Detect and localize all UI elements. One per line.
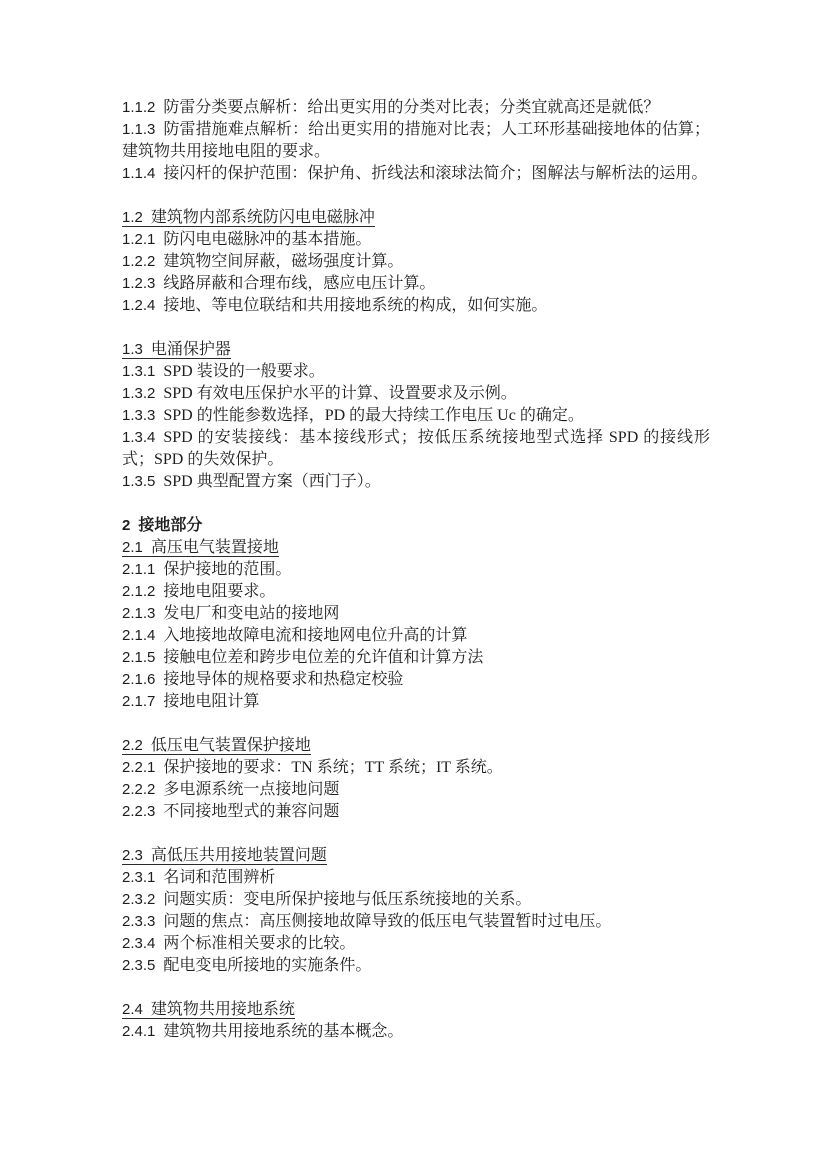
outline-item: 1.1.4接闪杆的保护范围：保护角、折线法和滚球法简介；图解法与解析法的运用。 [122,163,710,185]
item-number: 1.3.3 [122,407,163,424]
line-content: 2.3.5配电变电所接地的实施条件。 [122,957,371,974]
item-text: SPD 典型配置方案（西门子）。 [163,473,380,490]
item-number: 1.1.4 [122,165,163,182]
item-text: 防雷措施难点解析：给出更实用的措施对比表；人工环形基础接地体的估算；建筑物共用接… [122,121,710,160]
item-number: 2.1.4 [122,627,163,644]
outline-item: 1.3.3SPD 的性能参数选择，PD 的最大持续工作电压 Uc 的确定。 [122,405,710,427]
item-number: 1.2.1 [122,231,163,248]
item-text: 高压电气装置接地 [151,539,279,556]
item-text: 建筑物共用接地系统的基本概念。 [163,1023,403,1040]
line-content: 1.2.2建筑物空间屏蔽，磁场强度计算。 [122,253,403,270]
outline-item: 1.2.4接地、等电位联结和共用接地系统的构成，如何实施。 [122,295,710,317]
item-text: 低压电气装置保护接地 [151,737,311,754]
line-content: 1.3.3SPD 的性能参数选择，PD 的最大持续工作电压 Uc 的确定。 [122,407,584,424]
line-content: 2.1.2接地电阻要求。 [122,583,275,600]
line-content: 1.2.4接地、等电位联结和共用接地系统的构成，如何实施。 [122,297,547,314]
outline-item: 1.2.1防闪电电磁脉冲的基本措施。 [122,229,710,251]
item-text: SPD 的性能参数选择，PD 的最大持续工作电压 Uc 的确定。 [163,407,583,424]
section-heading: 2.3高低压共用接地装置问题 [122,845,710,867]
item-text: 接地、等电位联结和共用接地系统的构成，如何实施。 [163,297,547,314]
outline-item: 1.3.2SPD 有效电压保护水平的计算、设置要求及示例。 [122,383,710,405]
item-text: 保护接地的范围。 [163,561,291,578]
item-number: 1.3.5 [122,473,163,490]
outline-item: 2.1.7接地电阻计算 [122,691,710,713]
paragraph-spacer [122,977,710,999]
section-heading: 1.3电涌保护器 [122,339,710,361]
item-number: 2.2 [122,737,151,754]
item-text: 问题实质：变电所保护接地与低压系统接地的关系。 [163,891,531,908]
underlined-heading-text: 2.2低压电气装置保护接地 [122,737,311,755]
document-page: 1.1.2防雷分类要点解析：给出更实用的分类对比表；分类宜就高还是就低？1.1.… [0,0,827,1170]
outline-item: 2.1.1保护接地的范围。 [122,559,710,581]
line-content: 1.1.4接闪杆的保护范围：保护角、折线法和滚球法简介；图解法与解析法的运用。 [122,165,707,182]
item-number: 1.3.2 [122,385,163,402]
item-text: SPD 装设的一般要求。 [163,363,324,380]
item-text: 保护接地的要求：TN 系统；TT 系统；IT 系统。 [163,759,502,776]
paragraph-spacer [122,317,710,339]
section-heading: 1.2建筑物内部系统防闪电电磁脉冲 [122,207,710,229]
line-content: 2.3.1名词和范围辨析 [122,869,275,886]
item-text: 接触电位差和跨步电位差的允许值和计算方法 [163,649,483,666]
item-number: 2.1.6 [122,671,163,688]
outline-item: 2.3.2问题实质：变电所保护接地与低压系统接地的关系。 [122,889,710,911]
item-number: 2.3 [122,847,151,864]
outline-item: 1.1.2防雷分类要点解析：给出更实用的分类对比表；分类宜就高还是就低？ [122,97,710,119]
item-text: 入地接地故障电流和接地网电位升高的计算 [163,627,467,644]
paragraph-spacer [122,185,710,207]
line-content: 2.3.4两个标准相关要求的比较。 [122,935,355,952]
item-text: 问题的焦点：高压侧接地故障导致的低压电气装置暂时过电压。 [163,913,611,930]
outline-item: 2.2.2多电源系统一点接地问题 [122,779,710,801]
outline-item: 2.1.4入地接地故障电流和接地网电位升高的计算 [122,625,710,647]
outline-item: 2.3.1名词和范围辨析 [122,867,710,889]
line-content: 2.3.2问题实质：变电所保护接地与低压系统接地的关系。 [122,891,531,908]
item-number: 2.1.3 [122,605,163,622]
item-text: 高低压共用接地装置问题 [151,847,327,864]
item-text: SPD 的安装接线：基本接线形式；按低压系统接地型式选择 SPD 的接线形式；S… [122,429,710,468]
paragraph-spacer [122,823,710,845]
line-content: 2接地部分 [122,517,202,534]
outline-item: 2.1.6接地导体的规格要求和热稳定校验 [122,669,710,691]
section-heading: 2.4建筑物共用接地系统 [122,999,710,1021]
item-number: 1.2.2 [122,253,163,270]
outline-item: 2.1.5接触电位差和跨步电位差的允许值和计算方法 [122,647,710,669]
line-content: 2.3.3问题的焦点：高压侧接地故障导致的低压电气装置暂时过电压。 [122,913,611,930]
paragraph-spacer [122,713,710,735]
item-text: 接闪杆的保护范围：保护角、折线法和滚球法简介；图解法与解析法的运用。 [163,165,707,182]
item-number: 2.2.3 [122,803,163,820]
underlined-heading-text: 2.1高压电气装置接地 [122,539,279,557]
chapter-heading: 2接地部分 [122,515,710,537]
item-text: 接地电阻计算 [163,693,259,710]
line-content: 2.2.2多电源系统一点接地问题 [122,781,339,798]
outline-item: 1.3.4SPD 的安装接线：基本接线形式；按低压系统接地型式选择 SPD 的接… [122,427,710,471]
item-number: 1.1.2 [122,99,163,116]
section-heading: 2.2低压电气装置保护接地 [122,735,710,757]
item-number: 1.1.3 [122,121,163,138]
outline-item: 2.3.4两个标准相关要求的比较。 [122,933,710,955]
paragraph-spacer [122,493,710,515]
item-text: 接地部分 [138,517,202,534]
outline-item: 1.2.3线路屏蔽和合理布线，感应电压计算。 [122,273,710,295]
item-number: 1.2.3 [122,275,163,292]
item-number: 2 [122,517,138,534]
item-number: 2.1.5 [122,649,163,666]
outline-item: 2.3.5配电变电所接地的实施条件。 [122,955,710,977]
item-text: 不同接地型式的兼容问题 [163,803,339,820]
item-number: 1.2.4 [122,297,163,314]
item-text: 建筑物空间屏蔽，磁场强度计算。 [163,253,403,270]
item-number: 2.3.2 [122,891,163,908]
line-content: 2.4.1建筑物共用接地系统的基本概念。 [122,1023,403,1040]
outline-item: 2.1.2接地电阻要求。 [122,581,710,603]
item-text: 建筑物共用接地系统 [151,1001,295,1018]
line-content: 2.1.3发电厂和变电站的接地网 [122,605,339,622]
item-text: 防闪电电磁脉冲的基本措施。 [163,231,371,248]
item-text: 多电源系统一点接地问题 [163,781,339,798]
outline-item: 1.3.5SPD 典型配置方案（西门子）。 [122,471,710,493]
item-text: 发电厂和变电站的接地网 [163,605,339,622]
item-number: 2.3.4 [122,935,163,952]
item-number: 2.2.1 [122,759,163,776]
item-text: SPD 有效电压保护水平的计算、设置要求及示例。 [163,385,516,402]
section-heading: 2.1高压电气装置接地 [122,537,710,559]
line-content: 2.1.7接地电阻计算 [122,693,259,710]
item-text: 防雷分类要点解析：给出更实用的分类对比表；分类宜就高还是就低？ [163,99,659,116]
item-text: 建筑物内部系统防闪电电磁脉冲 [151,209,375,226]
line-content: 1.2.3线路屏蔽和合理布线，感应电压计算。 [122,275,435,292]
item-text: 两个标准相关要求的比较。 [163,935,355,952]
line-content: 2.2.1保护接地的要求：TN 系统；TT 系统；IT 系统。 [122,759,503,776]
item-number: 2.4.1 [122,1023,163,1040]
item-number: 2.1.1 [122,561,163,578]
item-number: 2.3.1 [122,869,163,886]
outline-item: 2.1.3发电厂和变电站的接地网 [122,603,710,625]
line-content: 2.1.6接地导体的规格要求和热稳定校验 [122,671,403,688]
line-content: 2.1.4入地接地故障电流和接地网电位升高的计算 [122,627,467,644]
item-number: 1.3 [122,341,151,358]
item-number: 1.3.1 [122,363,163,380]
item-number: 2.3.5 [122,957,163,974]
item-number: 2.4 [122,1001,151,1018]
item-text: 名词和范围辨析 [163,869,275,886]
outline-item: 1.2.2建筑物空间屏蔽，磁场强度计算。 [122,251,710,273]
item-number: 1.2 [122,209,151,226]
outline-item: 2.3.3问题的焦点：高压侧接地故障导致的低压电气装置暂时过电压。 [122,911,710,933]
line-content: 1.3.4SPD 的安装接线：基本接线形式；按低压系统接地型式选择 SPD 的接… [122,429,710,468]
line-content: 2.2.3不同接地型式的兼容问题 [122,803,339,820]
line-content: 1.3.5SPD 典型配置方案（西门子）。 [122,473,381,490]
underlined-heading-text: 2.4建筑物共用接地系统 [122,1001,295,1019]
item-number: 2.3.3 [122,913,163,930]
document-body: 1.1.2防雷分类要点解析：给出更实用的分类对比表；分类宜就高还是就低？1.1.… [122,97,710,1043]
outline-item: 1.1.3防雷措施难点解析：给出更实用的措施对比表；人工环形基础接地体的估算；建… [122,119,710,163]
outline-item: 1.3.1SPD 装设的一般要求。 [122,361,710,383]
item-number: 2.2.2 [122,781,163,798]
line-content: 1.3.1SPD 装设的一般要求。 [122,363,325,380]
underlined-heading-text: 1.3电涌保护器 [122,341,231,359]
line-content: 2.1.1保护接地的范围。 [122,561,291,578]
line-content: 2.1.5接触电位差和跨步电位差的允许值和计算方法 [122,649,483,666]
item-text: 接地导体的规格要求和热稳定校验 [163,671,403,688]
item-text: 电涌保护器 [151,341,231,358]
item-text: 配电变电所接地的实施条件。 [163,957,371,974]
line-content: 1.1.2防雷分类要点解析：给出更实用的分类对比表；分类宜就高还是就低？ [122,99,659,116]
item-number: 2.1.7 [122,693,163,710]
outline-item: 2.4.1建筑物共用接地系统的基本概念。 [122,1021,710,1043]
item-number: 1.3.4 [122,429,163,446]
item-number: 2.1 [122,539,151,556]
line-content: 1.1.3防雷措施难点解析：给出更实用的措施对比表；人工环形基础接地体的估算；建… [122,121,710,160]
underlined-heading-text: 1.2建筑物内部系统防闪电电磁脉冲 [122,209,375,227]
outline-item: 2.2.3不同接地型式的兼容问题 [122,801,710,823]
underlined-heading-text: 2.3高低压共用接地装置问题 [122,847,327,865]
line-content: 1.3.2SPD 有效电压保护水平的计算、设置要求及示例。 [122,385,517,402]
item-text: 线路屏蔽和合理布线，感应电压计算。 [163,275,435,292]
item-number: 2.1.2 [122,583,163,600]
item-text: 接地电阻要求。 [163,583,275,600]
line-content: 1.2.1防闪电电磁脉冲的基本措施。 [122,231,371,248]
outline-item: 2.2.1保护接地的要求：TN 系统；TT 系统；IT 系统。 [122,757,710,779]
